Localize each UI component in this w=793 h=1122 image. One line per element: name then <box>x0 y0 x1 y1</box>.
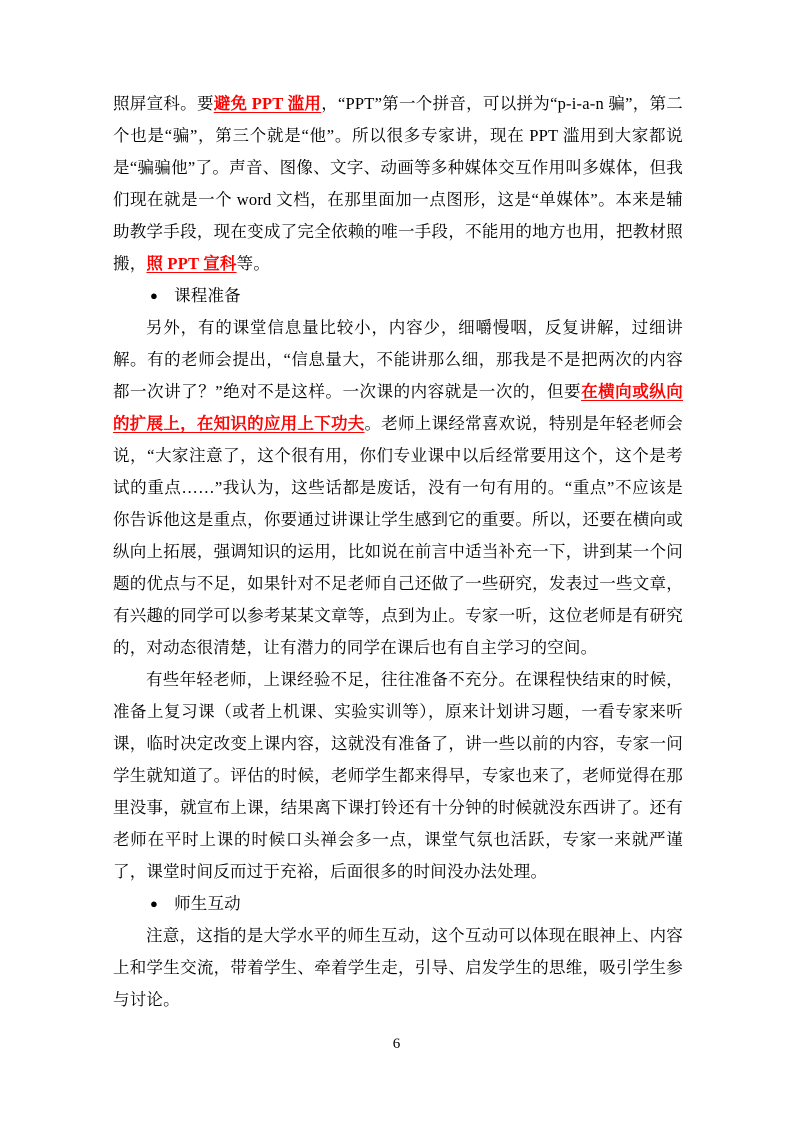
document-body: 照屏宣科。要避免 PPT 滥用，“PPT”第一个拼音，可以拼为“p-i-a-n … <box>113 88 683 1016</box>
text-run: 注意，这指的是大学水平的师生互动，这个互动可以体现在眼神上、内容上和学生交流，带… <box>113 926 683 1009</box>
bullet-label-teacher-student-interaction: 师生互动 <box>174 894 241 913</box>
emphasized-text-avoid-ppt-misuse: 避免 PPT 滥用 <box>214 94 321 113</box>
paragraph-course-content: 另外，有的课堂信息量比较小，内容少，细嚼慢咽，反复讲解，过细讲解。有的老师会提出… <box>113 312 683 664</box>
bullet-icon: ● <box>150 896 158 911</box>
bullet-icon: ● <box>150 288 158 303</box>
text-run: ，“PPT”第一个拼音，可以拼为“p-i-a-n 骗”，第二个也是“骗”，第三个… <box>113 94 683 273</box>
emphasized-text-read-from-ppt: 照 PPT 宣科 <box>146 254 236 273</box>
bullet-label-course-preparation: 课程准备 <box>174 286 241 305</box>
document-page: 照屏宣科。要避免 PPT 滥用，“PPT”第一个拼音，可以拼为“p-i-a-n … <box>0 0 793 1122</box>
text-run: 照屏宣科。要 <box>113 94 214 113</box>
bullet-item-course-preparation: ●课程准备 <box>113 280 683 312</box>
paragraph-young-teachers: 有些年轻老师，上课经验不足，往往准备不充分。在课程快结束的时候，准备上复习课（或… <box>113 664 683 888</box>
text-run: 等。 <box>237 254 270 273</box>
paragraph-interaction-note: 注意，这指的是大学水平的师生互动，这个互动可以体现在眼神上、内容上和学生交流，带… <box>113 920 683 1016</box>
bullet-item-teacher-student-interaction: ●师生互动 <box>113 888 683 920</box>
text-run: 有些年轻老师，上课经验不足，往往准备不充分。在课程快结束的时候，准备上复习课（或… <box>113 670 683 881</box>
text-run: 。老师上课经常喜欢说，特别是年轻老师会说，“大家注意了，这个很有用，你们专业课中… <box>113 414 683 657</box>
page-number: 6 <box>0 1034 793 1054</box>
paragraph-ppt-misuse: 照屏宣科。要避免 PPT 滥用，“PPT”第一个拼音，可以拼为“p-i-a-n … <box>113 88 683 280</box>
